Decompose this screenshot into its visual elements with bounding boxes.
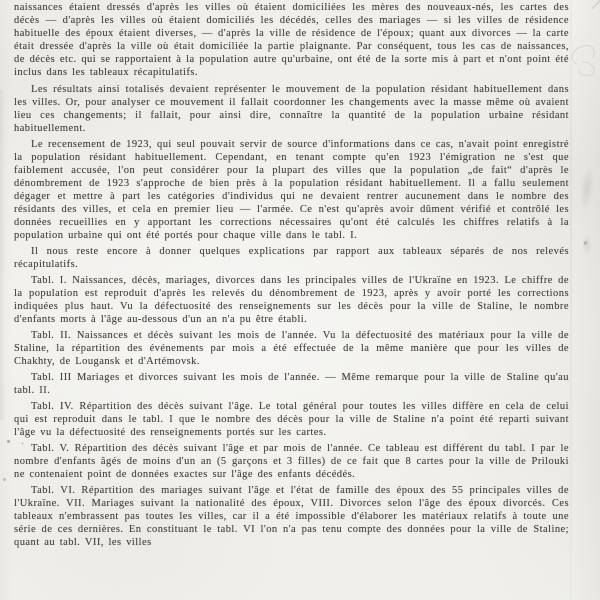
ink-speck [7,440,10,443]
scan-edge-streak [0,90,7,420]
pencil-scribble-mark [575,59,597,79]
pencil-scribble-mark [569,43,597,68]
page-fold-line [570,0,572,600]
ink-speck [3,478,6,481]
paragraph-tabl-5: Tabl. V. Répartition des décès suivant l… [14,442,569,481]
corner-mark [592,0,600,9]
paragraph: Il nous reste encore à donner quelques e… [14,245,569,271]
paragraph-tabl-2: Tabl. II. Naissances et décès suivant le… [14,329,569,368]
ink-speck [583,241,588,246]
paragraph-tabl-3: Tabl. III Mariages et divorces suivant l… [14,371,569,397]
scanned-document-page: naissances étaient dressés d'après les v… [0,0,600,600]
paragraph: naissances étaient dressés d'après les v… [14,1,569,79]
paragraph-tabl-6: Tabl. VI. Répartition des mariages suiva… [14,484,569,549]
paragraph-tabl-4: Tabl. IV. Répartition des décès suivant … [14,400,569,439]
paragraph-tabl-1: Tabl. I. Naissances, décès, mariages, di… [14,274,569,326]
paragraph: Le recensement de 1923, qui seul pouvait… [14,138,569,242]
document-text-block: naissances étaient dressés d'après les v… [14,1,569,552]
margin-smudge [580,230,594,260]
paragraph: Les résultats ainsi totalisés devaient r… [14,83,569,135]
margin-smudge [574,159,600,219]
